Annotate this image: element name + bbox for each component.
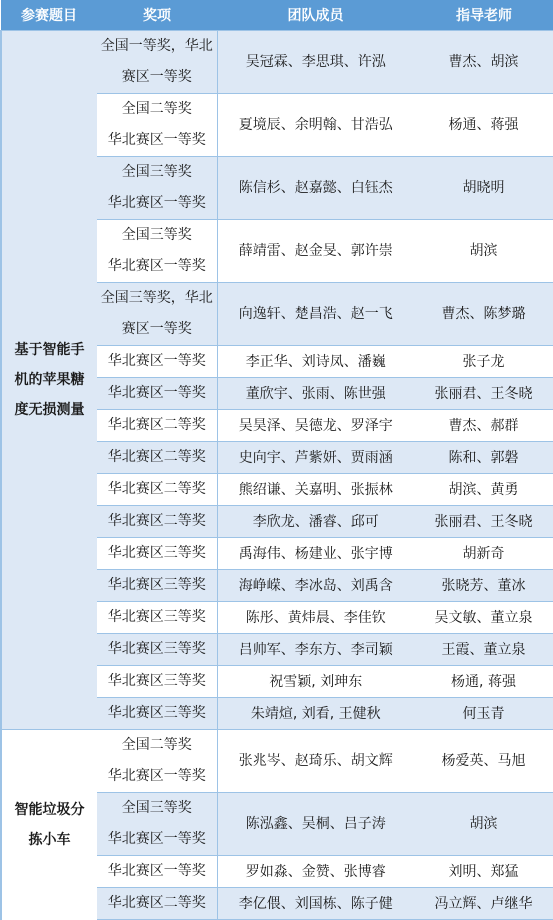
award-text: 全国三等奖 华北赛区一等奖 [101,220,213,282]
advisors-cell: 杨通, 蒋强 [414,666,553,698]
award-cell: 全国一等奖，华北赛区一等奖 [97,31,217,94]
award-cell: 华北赛区三等奖 [97,538,217,570]
advisors-cell: 曹杰、胡滨 [414,31,553,94]
award-text: 全国二等奖 华北赛区一等奖 [101,94,213,156]
award-text: 华北赛区二等奖 [101,410,213,441]
award-text: 华北赛区三等奖 [101,634,213,665]
award-text: 华北赛区二等奖 [101,442,213,473]
award-text: 华北赛区二等奖 [101,474,213,505]
award-text: 华北赛区三等奖 [101,666,213,697]
members-cell: 向逸轩、楚昌浩、赵一飞 [217,283,414,346]
header-members: 团队成员 [217,0,414,31]
members-cell: 吕帅军、李东方、李司颖 [217,634,414,666]
members-cell: 陈彤、黄炜晨、李佳钦 [217,602,414,634]
award-cell: 华北赛区三等奖 [97,666,217,698]
award-cell: 华北赛区三等奖 [97,698,217,730]
advisors-cell: 胡晓明 [414,157,553,220]
award-text: 华北赛区三等奖 [101,570,213,601]
award-cell: 华北赛区一等奖 [97,856,217,888]
award-text: 全国一等奖，华北赛区一等奖 [101,31,213,93]
advisors-cell: 陈和、郭磐 [414,442,553,474]
table-row: 智能垃圾分拣小车全国二等奖 华北赛区一等奖张兆岑、赵琦乐、胡文辉杨爱英、马旭 [1,730,553,793]
header-row: 参赛题目 奖项 团队成员 指导老师 [1,0,553,31]
advisors-cell: 胡新奇 [414,538,553,570]
award-cell: 华北赛区三等奖 [97,602,217,634]
members-cell: 吴冠霖、李思琪、许泓 [217,31,414,94]
advisors-cell: 杨爱英、马旭 [414,730,553,793]
advisors-cell: 胡滨 [414,793,553,856]
advisors-cell: 张晓芳、董冰 [414,570,553,602]
award-cell: 华北赛区一等奖 [97,378,217,410]
award-text: 华北赛区一等奖 [101,378,213,409]
award-cell: 全国三等奖 华北赛区一等奖 [97,220,217,283]
advisors-cell: 胡滨、黄勇 [414,474,553,506]
award-cell: 华北赛区三等奖 [97,570,217,602]
award-text: 全国三等奖，华北赛区一等奖 [101,283,213,345]
advisors-cell: 王霞、董立泉 [414,634,553,666]
award-text: 华北赛区三等奖 [101,698,213,729]
award-cell: 全国二等奖 华北赛区一等奖 [97,94,217,157]
members-cell: 夏境辰、余明翰、甘浩弘 [217,94,414,157]
award-text: 华北赛区二等奖 [101,888,213,919]
award-text: 华北赛区一等奖 [101,346,213,377]
advisors-cell: 张丽君、王冬晓 [414,506,553,538]
award-text: 全国三等奖 华北赛区一等奖 [101,793,213,855]
members-cell: 张兆岑、赵琦乐、胡文辉 [217,730,414,793]
advisors-cell: 张丽君、王冬晓 [414,378,553,410]
members-cell: 薛靖雷、赵金旻、郭许崇 [217,220,414,283]
award-text: 华北赛区一等奖 [101,856,213,887]
members-cell: 祝雪颖, 刘珅东 [217,666,414,698]
members-cell: 熊绍谦、关嘉明、张振林 [217,474,414,506]
award-cell: 全国三等奖，华北赛区一等奖 [97,283,217,346]
members-cell: 李正华、刘诗凤、潘巍 [217,346,414,378]
project-title-cell: 基于智能手机的苹果糖度无损测量 [1,31,97,730]
header-project: 参赛题目 [1,0,97,31]
award-cell: 华北赛区二等奖 [97,506,217,538]
award-text: 全国三等奖 华北赛区一等奖 [101,157,213,219]
members-cell: 史向宇、芦紫妍、贾雨涵 [217,442,414,474]
award-cell: 全国二等奖 华北赛区一等奖 [97,730,217,793]
members-cell: 陈泓鑫、吴桐、吕子涛 [217,793,414,856]
members-cell: 陈信杉、赵嘉懿、白钰杰 [217,157,414,220]
members-cell: 罗如淼、金赞、张博睿 [217,856,414,888]
award-text: 华北赛区三等奖 [101,602,213,633]
table-row: 基于智能手机的苹果糖度无损测量全国一等奖，华北赛区一等奖吴冠霖、李思琪、许泓曹杰… [1,31,553,94]
members-cell: 李亿偎、刘国栋、陈子健 [217,888,414,920]
award-text: 华北赛区三等奖 [101,538,213,569]
award-cell: 全国三等奖 华北赛区一等奖 [97,793,217,856]
award-cell: 华北赛区二等奖 [97,410,217,442]
members-cell: 董欣宇、张雨、陈世强 [217,378,414,410]
members-cell: 吴昊泽、吴德龙、罗泽宇 [217,410,414,442]
award-cell: 华北赛区三等奖 [97,634,217,666]
award-cell: 华北赛区一等奖 [97,346,217,378]
advisors-cell: 刘明、郑猛 [414,856,553,888]
members-cell: 海峥嵘、李冰岛、刘禹含 [217,570,414,602]
header-award: 奖项 [97,0,217,31]
members-cell: 禹海伟、杨建业、张宇博 [217,538,414,570]
members-cell: 李欣龙、潘睿、邱可 [217,506,414,538]
table-body: 基于智能手机的苹果糖度无损测量全国一等奖，华北赛区一等奖吴冠霖、李思琪、许泓曹杰… [1,31,553,920]
header-advisors: 指导老师 [414,0,553,31]
awards-table: 参赛题目 奖项 团队成员 指导老师 基于智能手机的苹果糖度无损测量全国一等奖，华… [0,0,553,920]
advisors-cell: 曹杰、郝群 [414,410,553,442]
advisors-cell: 冯立辉、卢继华 [414,888,553,920]
award-cell: 华北赛区二等奖 [97,474,217,506]
advisors-cell: 胡滨 [414,220,553,283]
advisors-cell: 何玉青 [414,698,553,730]
advisors-cell: 张子龙 [414,346,553,378]
award-cell: 华北赛区二等奖 [97,442,217,474]
advisors-cell: 曹杰、陈梦璐 [414,283,553,346]
award-cell: 全国三等奖 华北赛区一等奖 [97,157,217,220]
advisors-cell: 吴文敏、董立泉 [414,602,553,634]
members-cell: 朱靖煊, 刘看, 王健秋 [217,698,414,730]
award-text: 华北赛区二等奖 [101,506,213,537]
advisors-cell: 杨通、蒋强 [414,94,553,157]
award-text: 全国二等奖 华北赛区一等奖 [101,730,213,792]
award-cell: 华北赛区二等奖 [97,888,217,920]
project-title-cell: 智能垃圾分拣小车 [1,730,97,920]
